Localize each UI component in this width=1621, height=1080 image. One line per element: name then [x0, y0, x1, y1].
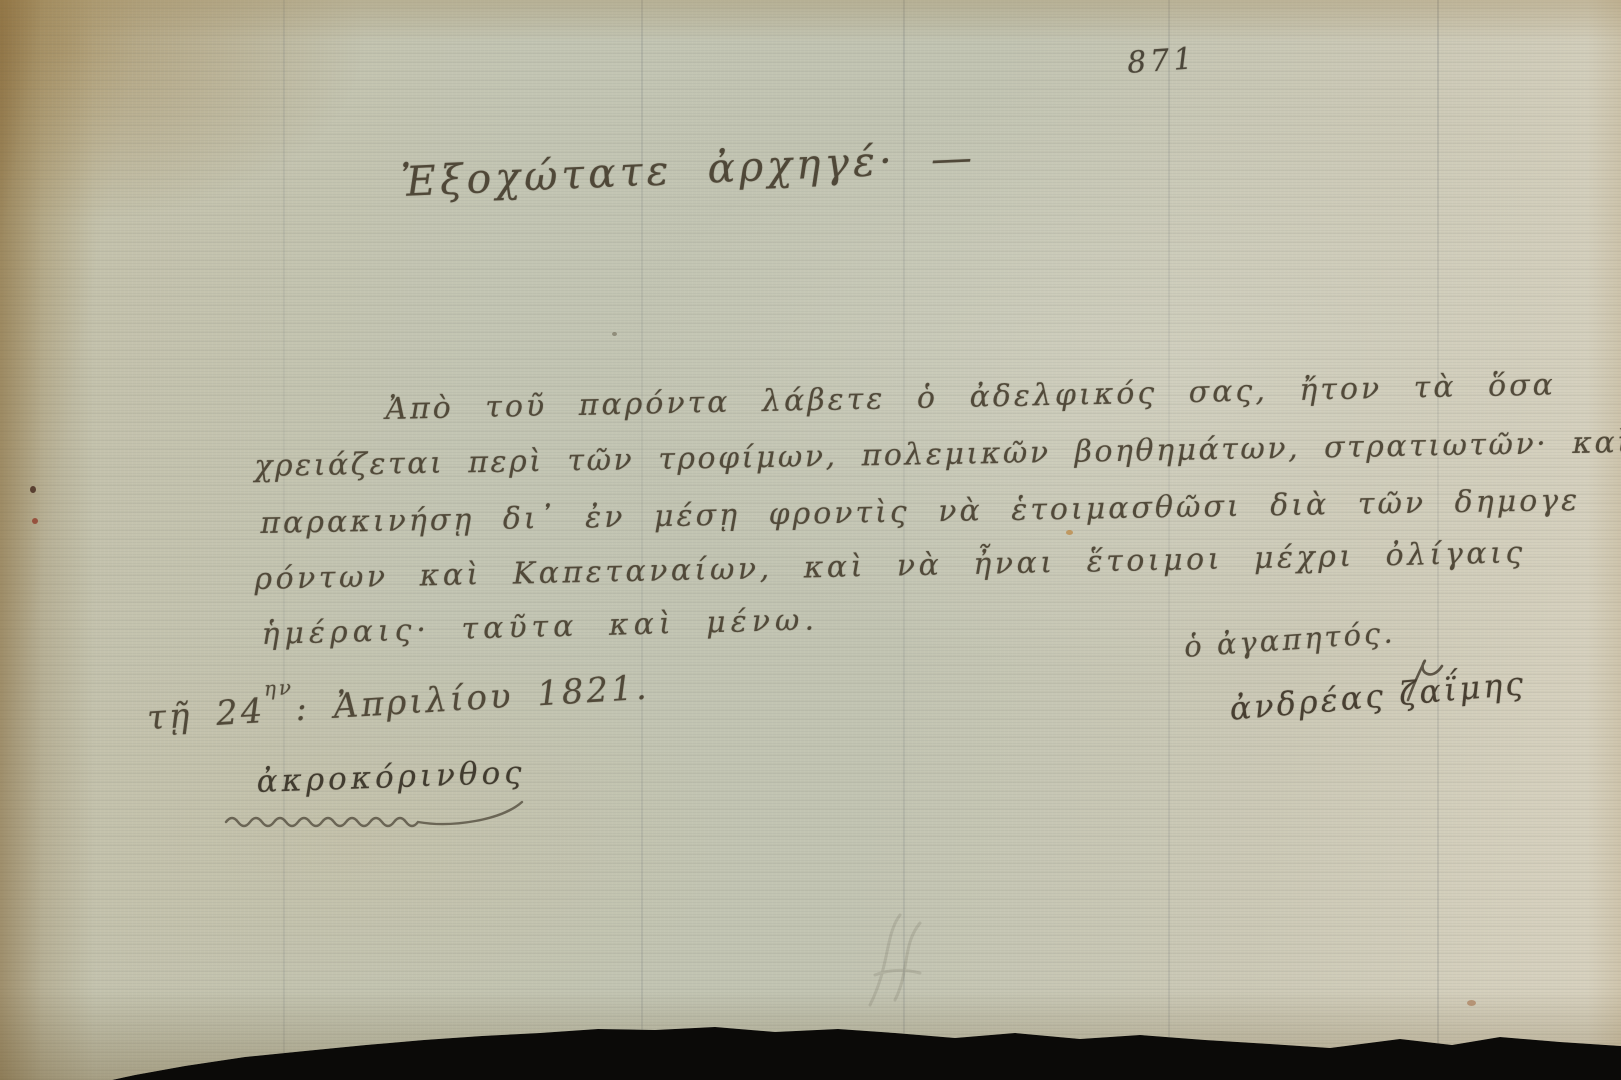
- ghost-writing: [840, 905, 960, 1015]
- signature-flourish: [1398, 652, 1448, 704]
- ink-speck-1: [30, 486, 36, 493]
- date-superscript: ην: [263, 675, 295, 701]
- paper-sheet: 871 Ἐξοχώτατε ἀρχηγέ· — Ἀπὸ τοῦ παρόντα …: [0, 0, 1621, 1080]
- stain-1: [1066, 530, 1073, 535]
- ink-speck-2: [32, 518, 38, 524]
- place-underline-flourish: [222, 800, 542, 840]
- page-number: 871: [1126, 41, 1198, 81]
- stain-3: [612, 332, 617, 336]
- fold-line-4: [1168, 0, 1170, 1080]
- date-day: τῇ 24: [146, 691, 266, 738]
- stain-2: [1467, 1000, 1476, 1006]
- document-scan: 871 Ἐξοχώτατε ἀρχηγέ· — Ἀπὸ τοῦ παρόντα …: [0, 0, 1621, 1080]
